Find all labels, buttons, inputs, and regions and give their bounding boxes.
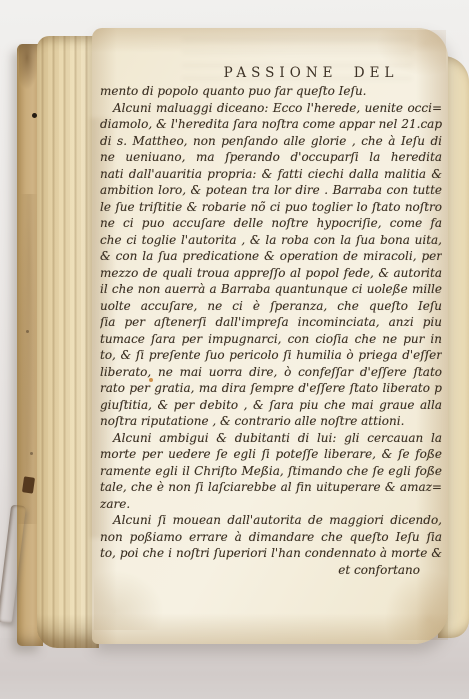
stain <box>384 570 448 640</box>
text-line: uolte accuſare, ne ci è ſperanza, che qu… <box>100 298 442 315</box>
book-photo-scene: PASSIONE DEL mento di popolo quanto puo … <box>0 0 469 699</box>
text-line: il che non auerrà a Barraba quantunque c… <box>100 281 442 298</box>
text-line: ſia per aſtenerſi dall'impreſa incominci… <box>100 314 442 331</box>
stain <box>94 570 164 630</box>
text-line: giuſtitia, & per debito , & ſara piu che… <box>100 397 442 414</box>
text-line: liberato, ne mai uorra dire, ò confeſſar… <box>100 364 442 381</box>
text-line: non poßiamo errare à dimandare che queſt… <box>100 529 442 546</box>
text-line: rato per gratia, ma dira ſempre d'eſſere… <box>100 380 442 397</box>
speck <box>26 330 29 333</box>
text-line: ne ci puo accuſare delle noſtre hypocriſ… <box>100 215 442 232</box>
text-line: zare. <box>100 496 442 513</box>
text-line: tale, che è non ſi laſciarebbe al fin ui… <box>100 479 442 496</box>
text-line: & con la ſua predicatione & operation de… <box>100 248 442 265</box>
text-line: to, & ſi preſente ſuo pericolo ſi humili… <box>100 347 442 364</box>
tie-stub <box>22 476 35 493</box>
text-block: mento di popolo quanto puo far queſto Ie… <box>100 83 442 578</box>
text-line: tumace ſara per impugnarci, con cioſia c… <box>100 331 442 348</box>
page-stack-edges <box>37 36 99 648</box>
running-head: PASSIONE DEL <box>92 65 448 81</box>
text-line: mento di popolo quanto puo far queſto Ie… <box>100 83 442 100</box>
speck <box>30 452 33 455</box>
text-line: ramente egli il Chriſto Meßia, ſtimando … <box>100 463 442 480</box>
catchword: et confortano <box>100 562 442 579</box>
book-page: PASSIONE DEL mento di popolo quanto puo … <box>92 28 448 644</box>
text-line: che ci toglie l'autorita , & la roba con… <box>100 232 442 249</box>
text-line: Alcuni ambigui & dubitanti di lui: gli c… <box>100 430 442 447</box>
text-line: Alcuni ſi mouean dall'autorita de maggio… <box>100 512 442 529</box>
text-line: ne ueniuano, ma ſperando d'occuparſi la … <box>100 149 442 166</box>
text-line: di s. Mattheo, non penſando alle glorie … <box>100 133 442 150</box>
text-line: diamolo, & l'heredita ſara noſtra come a… <box>100 116 442 133</box>
text-line: nati dall'auaritia propria: & fatti ciec… <box>100 166 442 183</box>
text-line: to, poi che i noſtri ſuperiori l'han con… <box>100 545 442 562</box>
text-line: ambition loro, & potean tra lor dire . B… <box>100 182 442 199</box>
text-line: morte per uedere ſe egli ſi poteſſe libe… <box>100 446 442 463</box>
text-line: Alcuni maluaggi diceano: Ecco l'herede, … <box>100 100 442 117</box>
text-line: mezzo de quali troua appreſſo al popol f… <box>100 265 442 282</box>
text-line: noſtra riputatione , & contrario alle no… <box>100 413 442 430</box>
text-line: le ſue triſtitie & robarie nõ ci puo tog… <box>100 199 442 216</box>
